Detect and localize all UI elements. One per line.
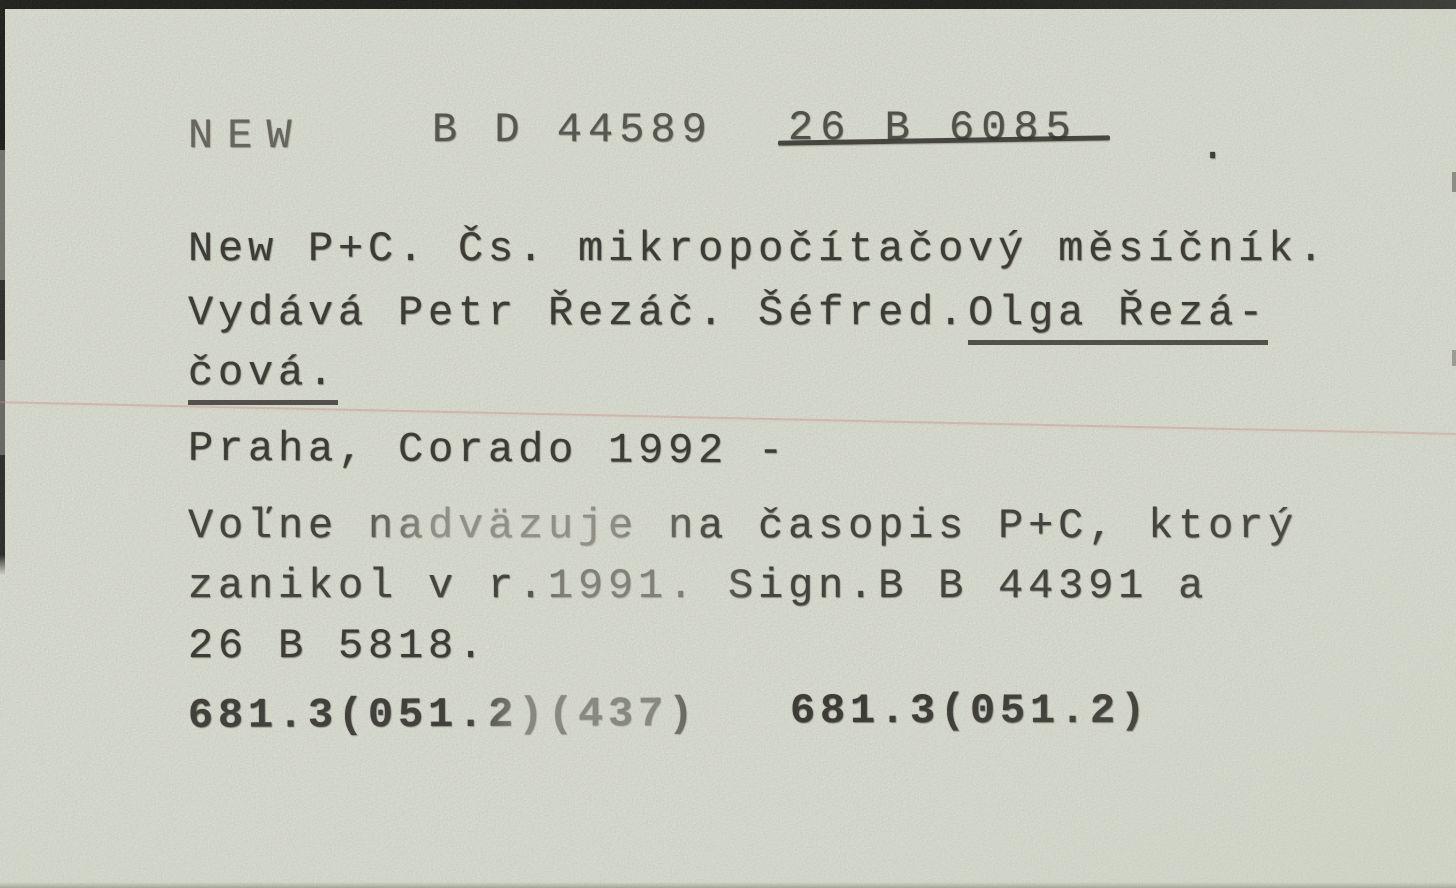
scan-edge-mark — [1452, 172, 1456, 192]
shelfmark: B D 44589 — [432, 107, 713, 154]
imprint-line: Praha, Corado 1992 - — [188, 426, 788, 476]
udc-number-left: 681.3(051.2)(437) — [188, 691, 698, 740]
scan-border-bottom — [0, 882, 1456, 888]
udc-number-right: 681.3(051.2) — [790, 688, 1150, 735]
note-line: Voľne nadväzuje na časopis P+C, ktorý — [188, 503, 1298, 550]
title-line: New P+C. Čs. mikropočítačový měsíčník. — [188, 226, 1328, 273]
cancelled-shelfmark: 26 B 6085 — [788, 105, 1078, 152]
underlined-editor-name: Olga Řezá- — [968, 289, 1268, 345]
scan-edge-mark — [1452, 350, 1456, 366]
note-line: 26 B 5818. — [188, 623, 488, 670]
publisher-line: Vydává Petr Řezáč. Šéfred.Olga Řezá- — [188, 290, 1268, 337]
publisher-line-continuation: čová. — [188, 350, 338, 397]
scan-border-left — [0, 0, 5, 580]
underlined-editor-name-continuation: čová. — [188, 349, 338, 405]
scan-border-top — [0, 0, 1456, 9]
status-stamp: NEW — [188, 113, 306, 160]
stray-period-mark: . — [1200, 124, 1230, 171]
publisher-line-text: Vydává Petr Řezáč. Šéfred. — [188, 289, 968, 337]
catalog-card-scan: NEW B D 44589 26 B 6085 . New P+C. Čs. m… — [0, 0, 1456, 888]
note-line: zanikol v r.1991. Sign.B B 44391 a — [188, 563, 1208, 610]
